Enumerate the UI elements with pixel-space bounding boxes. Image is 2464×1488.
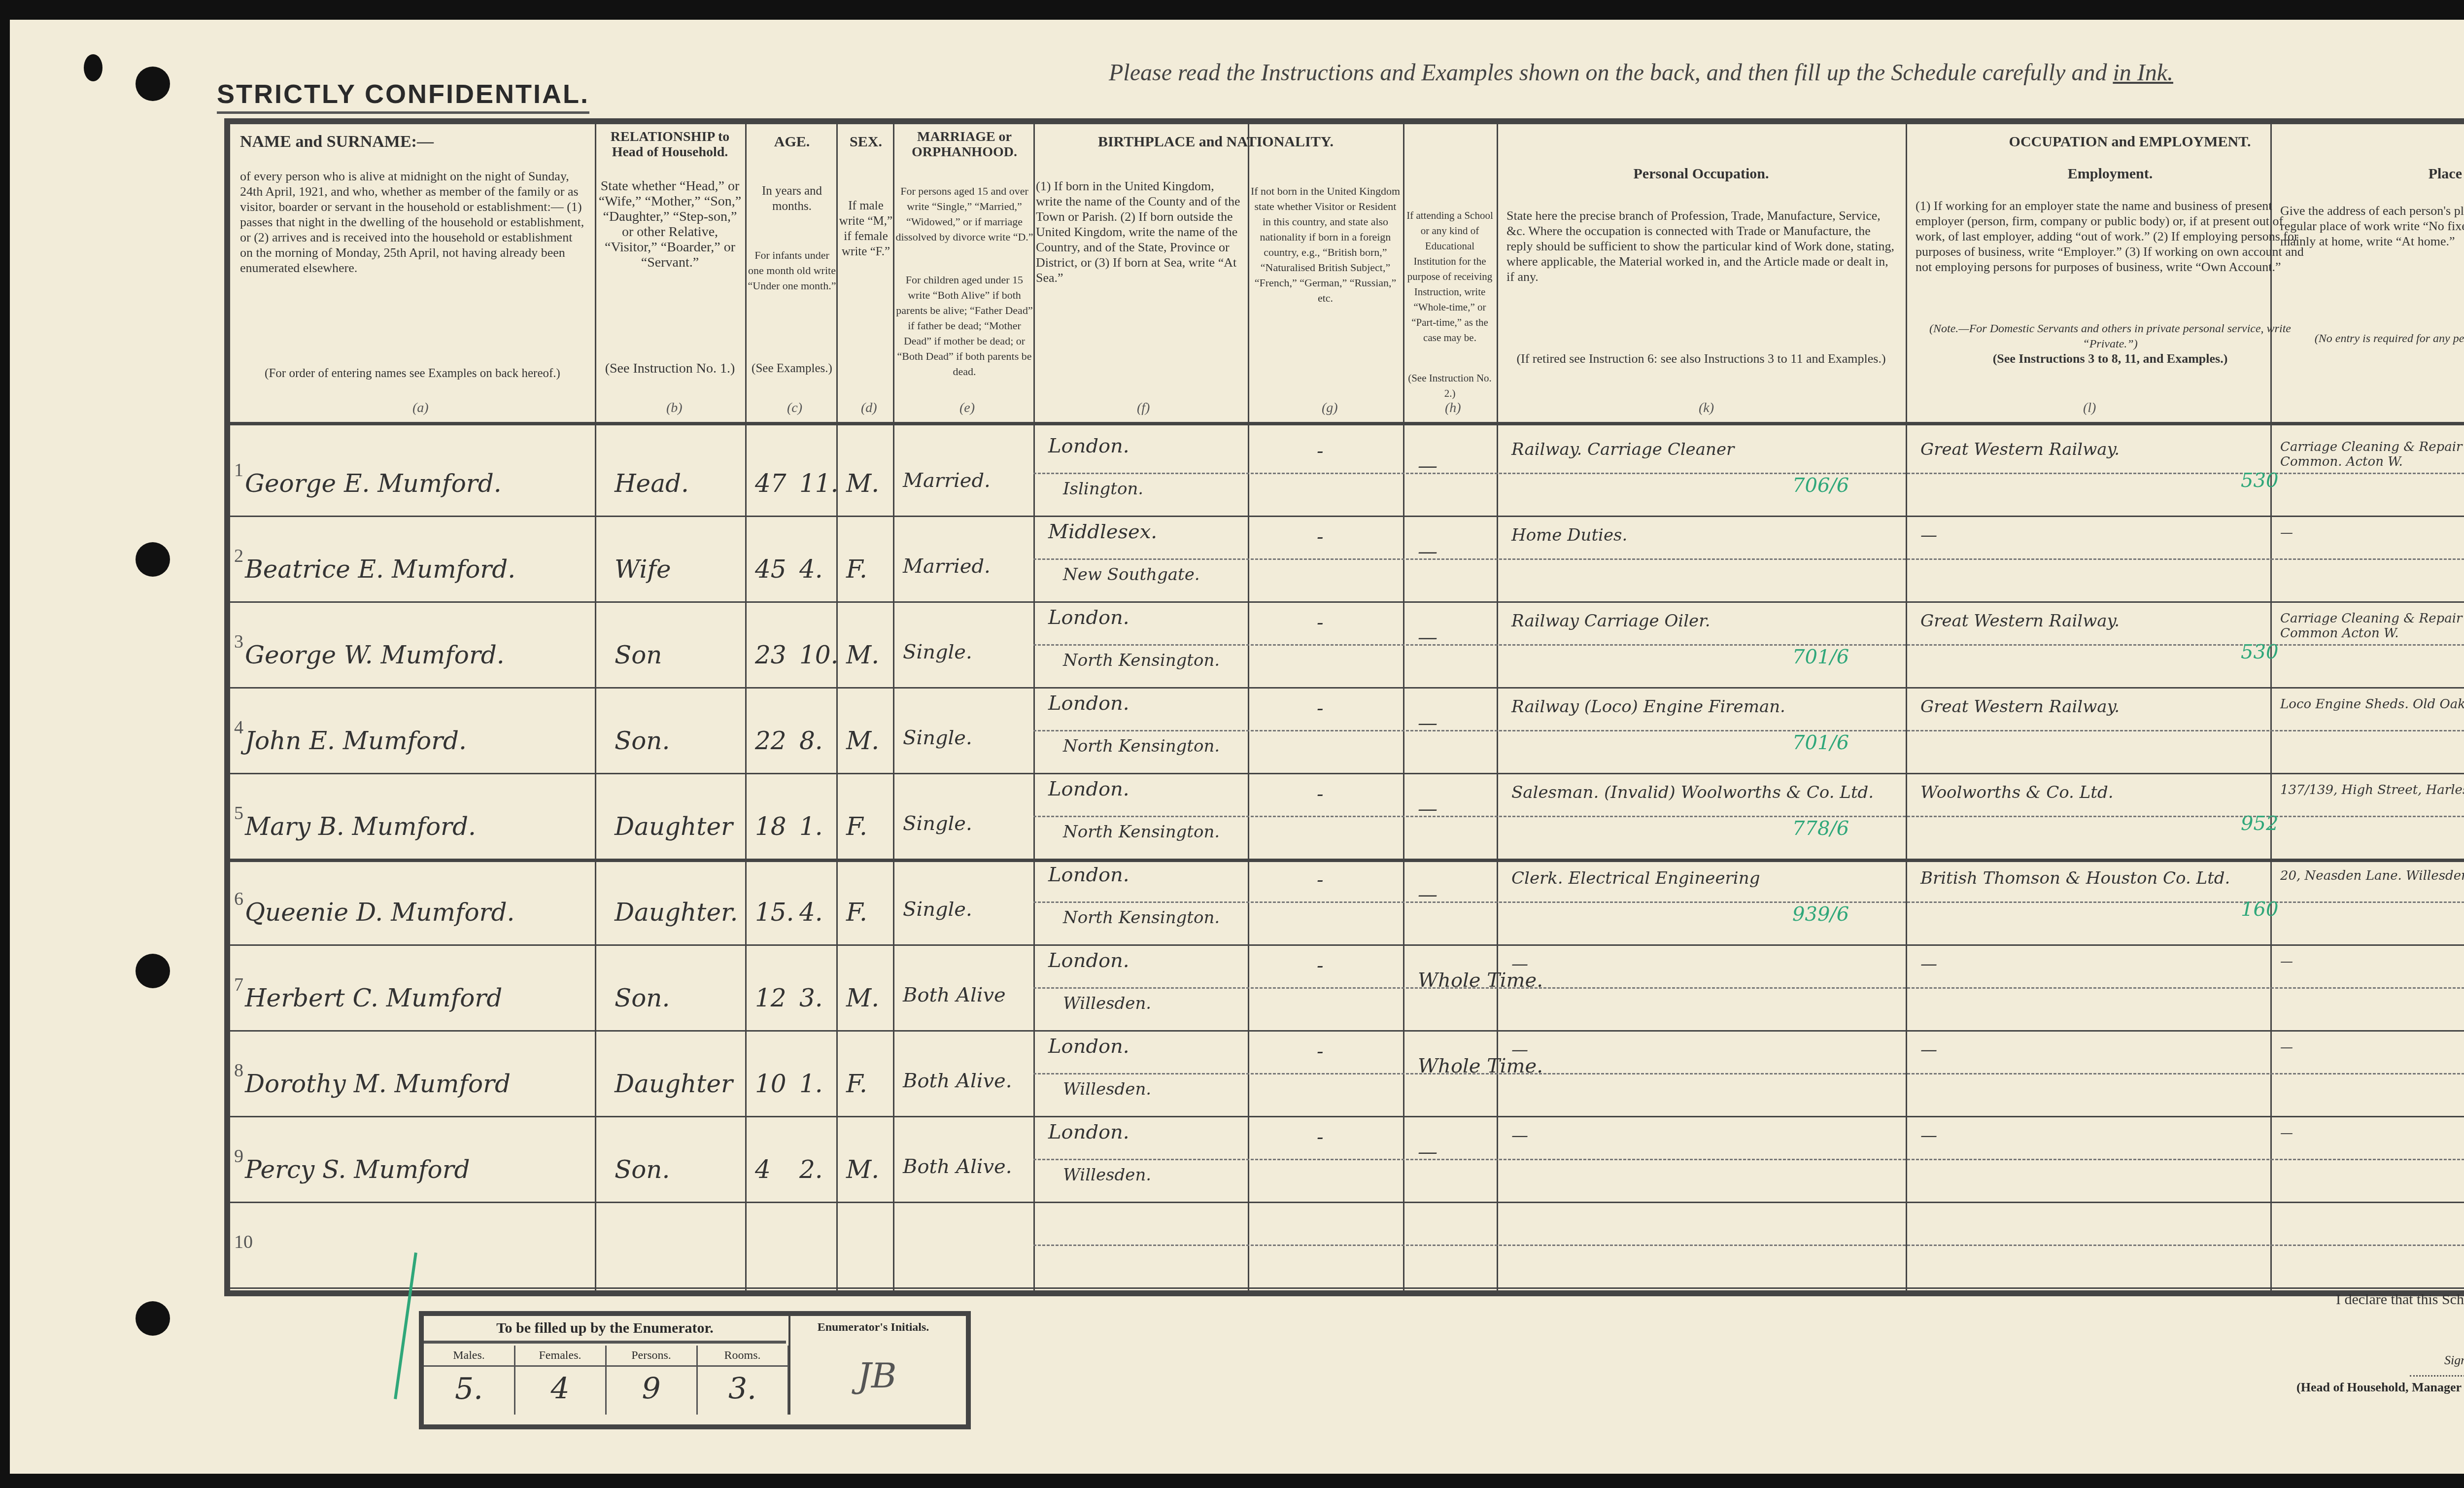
birth-county-value[interactable]: London. <box>1048 864 1129 886</box>
marriage-column-children: For children aged under 15 write “Both A… <box>895 272 1033 379</box>
marriage-value[interactable]: Both Alive. <box>903 1155 1012 1178</box>
person-name[interactable]: George W. Mumford. <box>245 641 505 669</box>
birth-county-value[interactable]: London. <box>1048 435 1129 457</box>
occupation-value[interactable]: — <box>1511 1040 1528 1060</box>
row-midline <box>1033 1073 2464 1074</box>
row-divider <box>230 1116 2464 1117</box>
column-letter-education: (h) <box>1445 400 1461 416</box>
nationality-value[interactable]: - <box>1317 1040 1324 1063</box>
marriage-value[interactable]: Both Alive. <box>903 1070 1012 1092</box>
name-column-title: NAME and SURNAME:— <box>240 134 585 149</box>
marriage-value[interactable]: Single. <box>903 812 972 835</box>
sex-column-title: SEX. <box>839 134 893 149</box>
place-of-work-value[interactable]: — <box>2280 1040 2464 1055</box>
relationship-column-see: (See Instruction No. 1.) <box>597 361 743 376</box>
count-value[interactable]: 3. <box>697 1367 787 1411</box>
employment-text: (1) If working for an employer state the… <box>1916 198 2305 275</box>
enumerator-box-title: To be filled up by the Enumerator. <box>424 1316 786 1344</box>
row-number: 4 <box>234 717 243 738</box>
nationality-value[interactable]: - <box>1317 783 1324 805</box>
count-value[interactable]: 5. <box>424 1367 514 1411</box>
place-of-work-value[interactable]: 137/139, High Street, Harlesden, London … <box>2280 783 2464 797</box>
education-value[interactable]: — <box>1418 883 1437 906</box>
nationality-value[interactable]: - <box>1317 440 1324 462</box>
column-letter-name: (a) <box>412 400 429 416</box>
birth-town-value[interactable]: Islington. <box>1063 479 1143 499</box>
column-letter-birthplace: (f) <box>1137 400 1150 416</box>
occupation-value[interactable]: Clerk. Electrical Engineering <box>1511 868 1760 888</box>
count-label: Persons. <box>606 1346 696 1367</box>
employer-value[interactable]: British Thomson & Houston Co. Ltd. <box>1920 868 2230 888</box>
age-column-see: (See Examples.) <box>748 361 836 376</box>
birth-county-value[interactable]: London. <box>1048 1121 1129 1143</box>
count-label: Rooms. <box>697 1346 787 1367</box>
employer-code: 530 <box>2241 641 2278 663</box>
sex-value[interactable]: F. <box>846 898 867 927</box>
education-value[interactable]: — <box>1418 712 1437 734</box>
occupation-value[interactable]: — <box>1511 1126 1528 1145</box>
marriage-value[interactable]: Married. <box>903 469 991 492</box>
place-of-work-value[interactable]: — <box>2280 1126 2464 1141</box>
occupation-value[interactable]: — <box>1511 954 1528 974</box>
age-months-value[interactable]: 11. <box>799 469 839 498</box>
birth-county-value[interactable]: London. <box>1048 949 1129 972</box>
employer-value[interactable]: Great Western Railway. <box>1920 440 2120 459</box>
age-years-value[interactable]: 4 <box>755 1155 771 1184</box>
employment-title: Employment. <box>1908 166 2312 181</box>
name-column-order: (For order of entering names see Example… <box>240 366 585 381</box>
place-of-work-text: Give the address of each person's place … <box>2280 203 2464 249</box>
row-divider <box>230 944 2464 946</box>
place-of-work-value[interactable]: Loco Engine Sheds. Old Oak Common, Acton… <box>2280 697 2464 712</box>
birth-town-value[interactable]: North Kensington. <box>1063 908 1220 928</box>
relationship-value[interactable]: Son. <box>615 1155 670 1184</box>
birthplace-column-text: (1) If born in the United Kingdom, write… <box>1036 178 1243 285</box>
sex-value[interactable]: M. <box>846 469 879 498</box>
age-years-value[interactable]: 12 <box>755 984 787 1012</box>
relationship-value[interactable]: Daughter <box>615 812 733 841</box>
birthplace-group-title: BIRTHPLACE and NATIONALITY. <box>1036 134 1396 149</box>
row-number: 7 <box>234 974 243 996</box>
relationship-column-text: State whether “Head,” or “Wife,” “Mother… <box>597 178 743 270</box>
column-letter-sex: (d) <box>861 400 877 416</box>
age-years-value[interactable]: 22 <box>755 727 787 755</box>
count-label: Males. <box>424 1346 514 1367</box>
instruction-text: Please read the Instructions and Example… <box>1109 60 2113 86</box>
education-column-see: (See Instruction No. 2.) <box>1405 371 1494 401</box>
relationship-value[interactable]: Son <box>615 641 662 669</box>
occupation-value[interactable]: Railway. Carriage Cleaner <box>1511 440 1734 459</box>
count-females: Females.4 <box>515 1346 607 1415</box>
employer-code: 160 <box>2241 898 2278 921</box>
relationship-value[interactable]: Daughter. <box>615 898 738 927</box>
column-letter-nationality: (g) <box>1322 400 1338 416</box>
count-persons: Persons.9 <box>606 1346 698 1415</box>
occupation-value[interactable]: Railway Carriage Oiler. <box>1511 611 1710 631</box>
occupation-value[interactable]: Home Duties. <box>1511 525 1627 545</box>
personal-occupation-title: Personal Occupation. <box>1499 166 1903 181</box>
birth-town-value[interactable]: North Kensington. <box>1063 651 1220 670</box>
row-midline <box>1033 558 2464 560</box>
personal-occupation-text: State here the precise branch of Profess… <box>1506 208 1896 284</box>
age-months-value[interactable]: 8. <box>799 727 823 755</box>
column-letter-personal-occupation: (k) <box>1699 400 1714 416</box>
employment-see: (See Instructions 3 to 8, 11, and Exampl… <box>1916 351 2305 366</box>
row-number: 3 <box>234 631 243 653</box>
relationship-column-title: RELATIONSHIP to Head of Household. <box>597 129 743 160</box>
age-column-text: In years and months. <box>748 183 836 214</box>
row-divider <box>230 1202 2464 1203</box>
row-divider <box>230 773 2464 774</box>
marriage-column-title: MARRIAGE or ORPHANHOOD. <box>895 129 1033 160</box>
scan-border-bottom <box>0 1474 2464 1488</box>
employer-value[interactable]: — <box>1920 1040 1937 1060</box>
employer-value[interactable]: — <box>1920 1126 1937 1145</box>
birth-town-value[interactable]: Willesden. <box>1063 1165 1151 1185</box>
person-name[interactable]: Dorothy M. Mumford <box>245 1070 511 1098</box>
nationality-column-text: If not born in the United Kingdom state … <box>1250 183 1401 306</box>
declaration-text: I declare that this Schedule is correctl… <box>2336 1291 2464 1308</box>
count-label: Females. <box>515 1346 605 1367</box>
nationality-value[interactable]: - <box>1317 525 1324 548</box>
nationality-value[interactable]: - <box>1317 868 1324 891</box>
sex-value[interactable]: M. <box>846 727 879 755</box>
column-letter-employment: (l) <box>2083 400 2096 416</box>
age-months-value[interactable]: 2. <box>799 1155 823 1184</box>
occupation-code: 706/6 <box>1792 474 1849 497</box>
marriage-value[interactable]: Single. <box>903 641 972 663</box>
punch-hole-icon <box>136 67 170 101</box>
signature-label: Signature <box>2444 1353 2464 1368</box>
nationality-value[interactable]: - <box>1317 697 1324 720</box>
nationality-value[interactable]: - <box>1317 954 1324 977</box>
birth-county-value[interactable]: Middlesex. <box>1048 520 1157 543</box>
employer-value[interactable]: Great Western Railway. <box>1920 611 2120 631</box>
sex-value[interactable]: F. <box>846 555 867 584</box>
age-years-value[interactable]: 23 <box>755 641 787 669</box>
age-years-value[interactable]: 47 <box>755 469 787 498</box>
row-midline <box>1033 1159 2464 1160</box>
age-months-value[interactable]: 1. <box>799 812 823 841</box>
fill-instructions: Please read the Instructions and Example… <box>1109 59 2173 86</box>
sex-value[interactable]: M. <box>846 984 879 1012</box>
row-divider <box>230 687 2464 689</box>
education-value[interactable]: — <box>1418 454 1437 477</box>
age-column-infants: For infants under one month old write “U… <box>748 247 836 293</box>
row-number: 8 <box>234 1060 243 1081</box>
employer-code: 952 <box>2241 812 2278 835</box>
occupation-value[interactable]: Salesman. (Invalid) Woolworths & Co. Ltd… <box>1511 783 1874 802</box>
employment-note: (Note.—For Domestic Servants and others … <box>1916 321 2305 352</box>
occupation-code: 701/6 <box>1792 646 1849 668</box>
birth-town-value[interactable]: New Southgate. <box>1063 565 1200 585</box>
relationship-value[interactable]: Son. <box>615 984 670 1012</box>
household-table: NAME and SURNAME:—of every person who is… <box>224 118 2464 1296</box>
sex-value[interactable]: M. <box>846 1155 879 1184</box>
place-of-work-title: Place of Work. <box>2273 166 2464 181</box>
age-years-value[interactable]: 15. <box>755 898 794 927</box>
marriage-value[interactable]: Married. <box>903 555 991 578</box>
age-column-title: AGE. <box>748 134 836 149</box>
punch-hole-icon <box>136 542 170 577</box>
punch-hole-icon <box>136 1301 170 1336</box>
marriage-column-text: For persons aged 15 and over write “Sing… <box>895 183 1033 244</box>
row-number: 9 <box>234 1145 243 1167</box>
row-number: 6 <box>234 888 243 910</box>
age-years-value[interactable]: 18 <box>755 812 787 841</box>
row-divider <box>230 1287 2464 1289</box>
confidential-heading: STRICTLY CONFIDENTIAL. <box>217 79 589 114</box>
education-column-text: If attending a School or any kind of Edu… <box>1405 208 1494 346</box>
age-months-value[interactable]: 4. <box>799 898 823 927</box>
nationality-value[interactable]: - <box>1317 1126 1324 1148</box>
name-column-text: of every person who is alive at midnight… <box>240 169 585 276</box>
age-years-value[interactable]: 45 <box>755 555 787 584</box>
person-name[interactable]: Herbert C. Mumford <box>245 984 502 1012</box>
instruction-emphasis: in Ink. <box>2113 60 2173 86</box>
row-number: 10 <box>234 1231 253 1253</box>
birth-town-value[interactable]: Willesden. <box>1063 994 1151 1013</box>
relationship-value[interactable]: Wife <box>615 555 671 584</box>
birth-town-value[interactable]: Willesden. <box>1063 1079 1151 1099</box>
place-of-work-value[interactable]: — <box>2280 954 2464 969</box>
person-name[interactable]: Mary B. Mumford. <box>245 812 476 841</box>
row-divider <box>230 516 2464 517</box>
row-divider <box>230 859 2464 862</box>
employer-value[interactable]: — <box>1920 525 1937 545</box>
birth-county-value[interactable]: London. <box>1048 606 1129 629</box>
birth-town-value[interactable]: North Kensington. <box>1063 736 1220 756</box>
signature-note: (Head of Household, Manager of Establish… <box>2296 1380 2464 1395</box>
age-years-value[interactable]: 10 <box>755 1070 787 1098</box>
enumerator-initials[interactable]: JB <box>857 1355 897 1396</box>
column-letter-relationship: (b) <box>666 400 683 416</box>
column-letter-marriage: (e) <box>959 400 975 416</box>
row-divider <box>230 601 2464 603</box>
place-of-work-value[interactable]: 20, Neasden Lane. Willesden London NW. <box>2280 868 2464 883</box>
row-midline <box>1033 730 2464 731</box>
relationship-value[interactable]: Daughter <box>615 1070 733 1098</box>
enumerator-box: To be filled up by the Enumerator. Males… <box>419 1311 971 1429</box>
row-midline <box>1033 1245 2464 1246</box>
place-of-work-value[interactable]: — <box>2280 525 2464 540</box>
occupation-code: 701/6 <box>1792 731 1849 754</box>
age-months-value[interactable]: 3. <box>799 984 823 1012</box>
count-value[interactable]: 9 <box>606 1367 696 1411</box>
scan-border-top <box>0 0 2464 20</box>
relationship-value[interactable]: Head. <box>615 469 689 498</box>
row-number: 2 <box>234 545 243 567</box>
relationship-value[interactable]: Son. <box>615 727 670 755</box>
occupation-code: 939/6 <box>1792 903 1849 926</box>
birth-county-value[interactable]: London. <box>1048 1035 1129 1058</box>
count-rooms: Rooms.3. <box>697 1346 789 1415</box>
column-letter-age: (c) <box>787 400 802 416</box>
nationality-value[interactable]: - <box>1317 611 1324 634</box>
employer-value[interactable]: — <box>1920 954 1937 974</box>
count-males: Males.5. <box>424 1346 515 1415</box>
age-months-value[interactable]: 10. <box>799 641 839 669</box>
occupation-code: 778/6 <box>1792 817 1849 840</box>
row-divider <box>230 1030 2464 1032</box>
occupation-group-title: OCCUPATION and EMPLOYMENT. <box>1497 134 2464 149</box>
header-rule <box>230 422 2464 425</box>
person-name[interactable]: Percy S. Mumford <box>245 1155 470 1184</box>
person-name[interactable]: Beatrice E. Mumford. <box>245 555 515 584</box>
sex-value[interactable]: F. <box>846 1070 867 1098</box>
marriage-value[interactable]: Single. <box>903 727 972 749</box>
education-value[interactable]: — <box>1418 1141 1437 1163</box>
punch-hole-icon <box>84 54 103 81</box>
place-of-work-value[interactable]: Carriage Cleaning & Repair Sidings Old O… <box>2280 611 2464 641</box>
place-of-work-value[interactable]: Carriage Cleaning & Repair Sidings Old O… <box>2280 440 2464 469</box>
employer-value[interactable]: Woolworths & Co. Ltd. <box>1920 783 2113 802</box>
employer-value[interactable]: Great Western Railway. <box>1920 697 2120 717</box>
personal-occupation-see: (If retired see Instruction 6: see also … <box>1506 351 1896 366</box>
employer-code: 530 <box>2241 469 2278 492</box>
sex-value[interactable]: F. <box>846 812 867 841</box>
birth-county-value[interactable]: London. <box>1048 778 1129 800</box>
punch-hole-icon <box>136 954 170 988</box>
age-months-value[interactable]: 4. <box>799 555 823 584</box>
education-value[interactable]: — <box>1418 540 1437 563</box>
marriage-value[interactable]: Both Alive <box>903 984 1006 1006</box>
birth-town-value[interactable]: North Kensington. <box>1063 822 1220 842</box>
place-of-work-note: (No entry is required for any person who… <box>2280 331 2464 346</box>
person-name[interactable]: John E. Mumford. <box>245 727 467 755</box>
row-number: 1 <box>234 459 243 481</box>
person-name[interactable]: Queenie D. Mumford. <box>245 898 514 927</box>
person-name[interactable]: George E. Mumford. <box>245 469 502 498</box>
occupation-value[interactable]: Railway (Loco) Engine Fireman. <box>1511 697 1785 717</box>
sex-column-text: If male write “M,” if female write “F.” <box>839 198 893 259</box>
marriage-value[interactable]: Single. <box>903 898 972 921</box>
row-number: 5 <box>234 802 243 824</box>
education-value[interactable]: — <box>1418 626 1437 649</box>
birth-county-value[interactable]: London. <box>1048 692 1129 715</box>
row-midline <box>1033 987 2464 989</box>
education-value[interactable]: — <box>1418 797 1437 820</box>
age-months-value[interactable]: 1. <box>799 1070 823 1098</box>
count-value[interactable]: 4 <box>515 1367 605 1411</box>
sex-value[interactable]: M. <box>846 641 879 669</box>
